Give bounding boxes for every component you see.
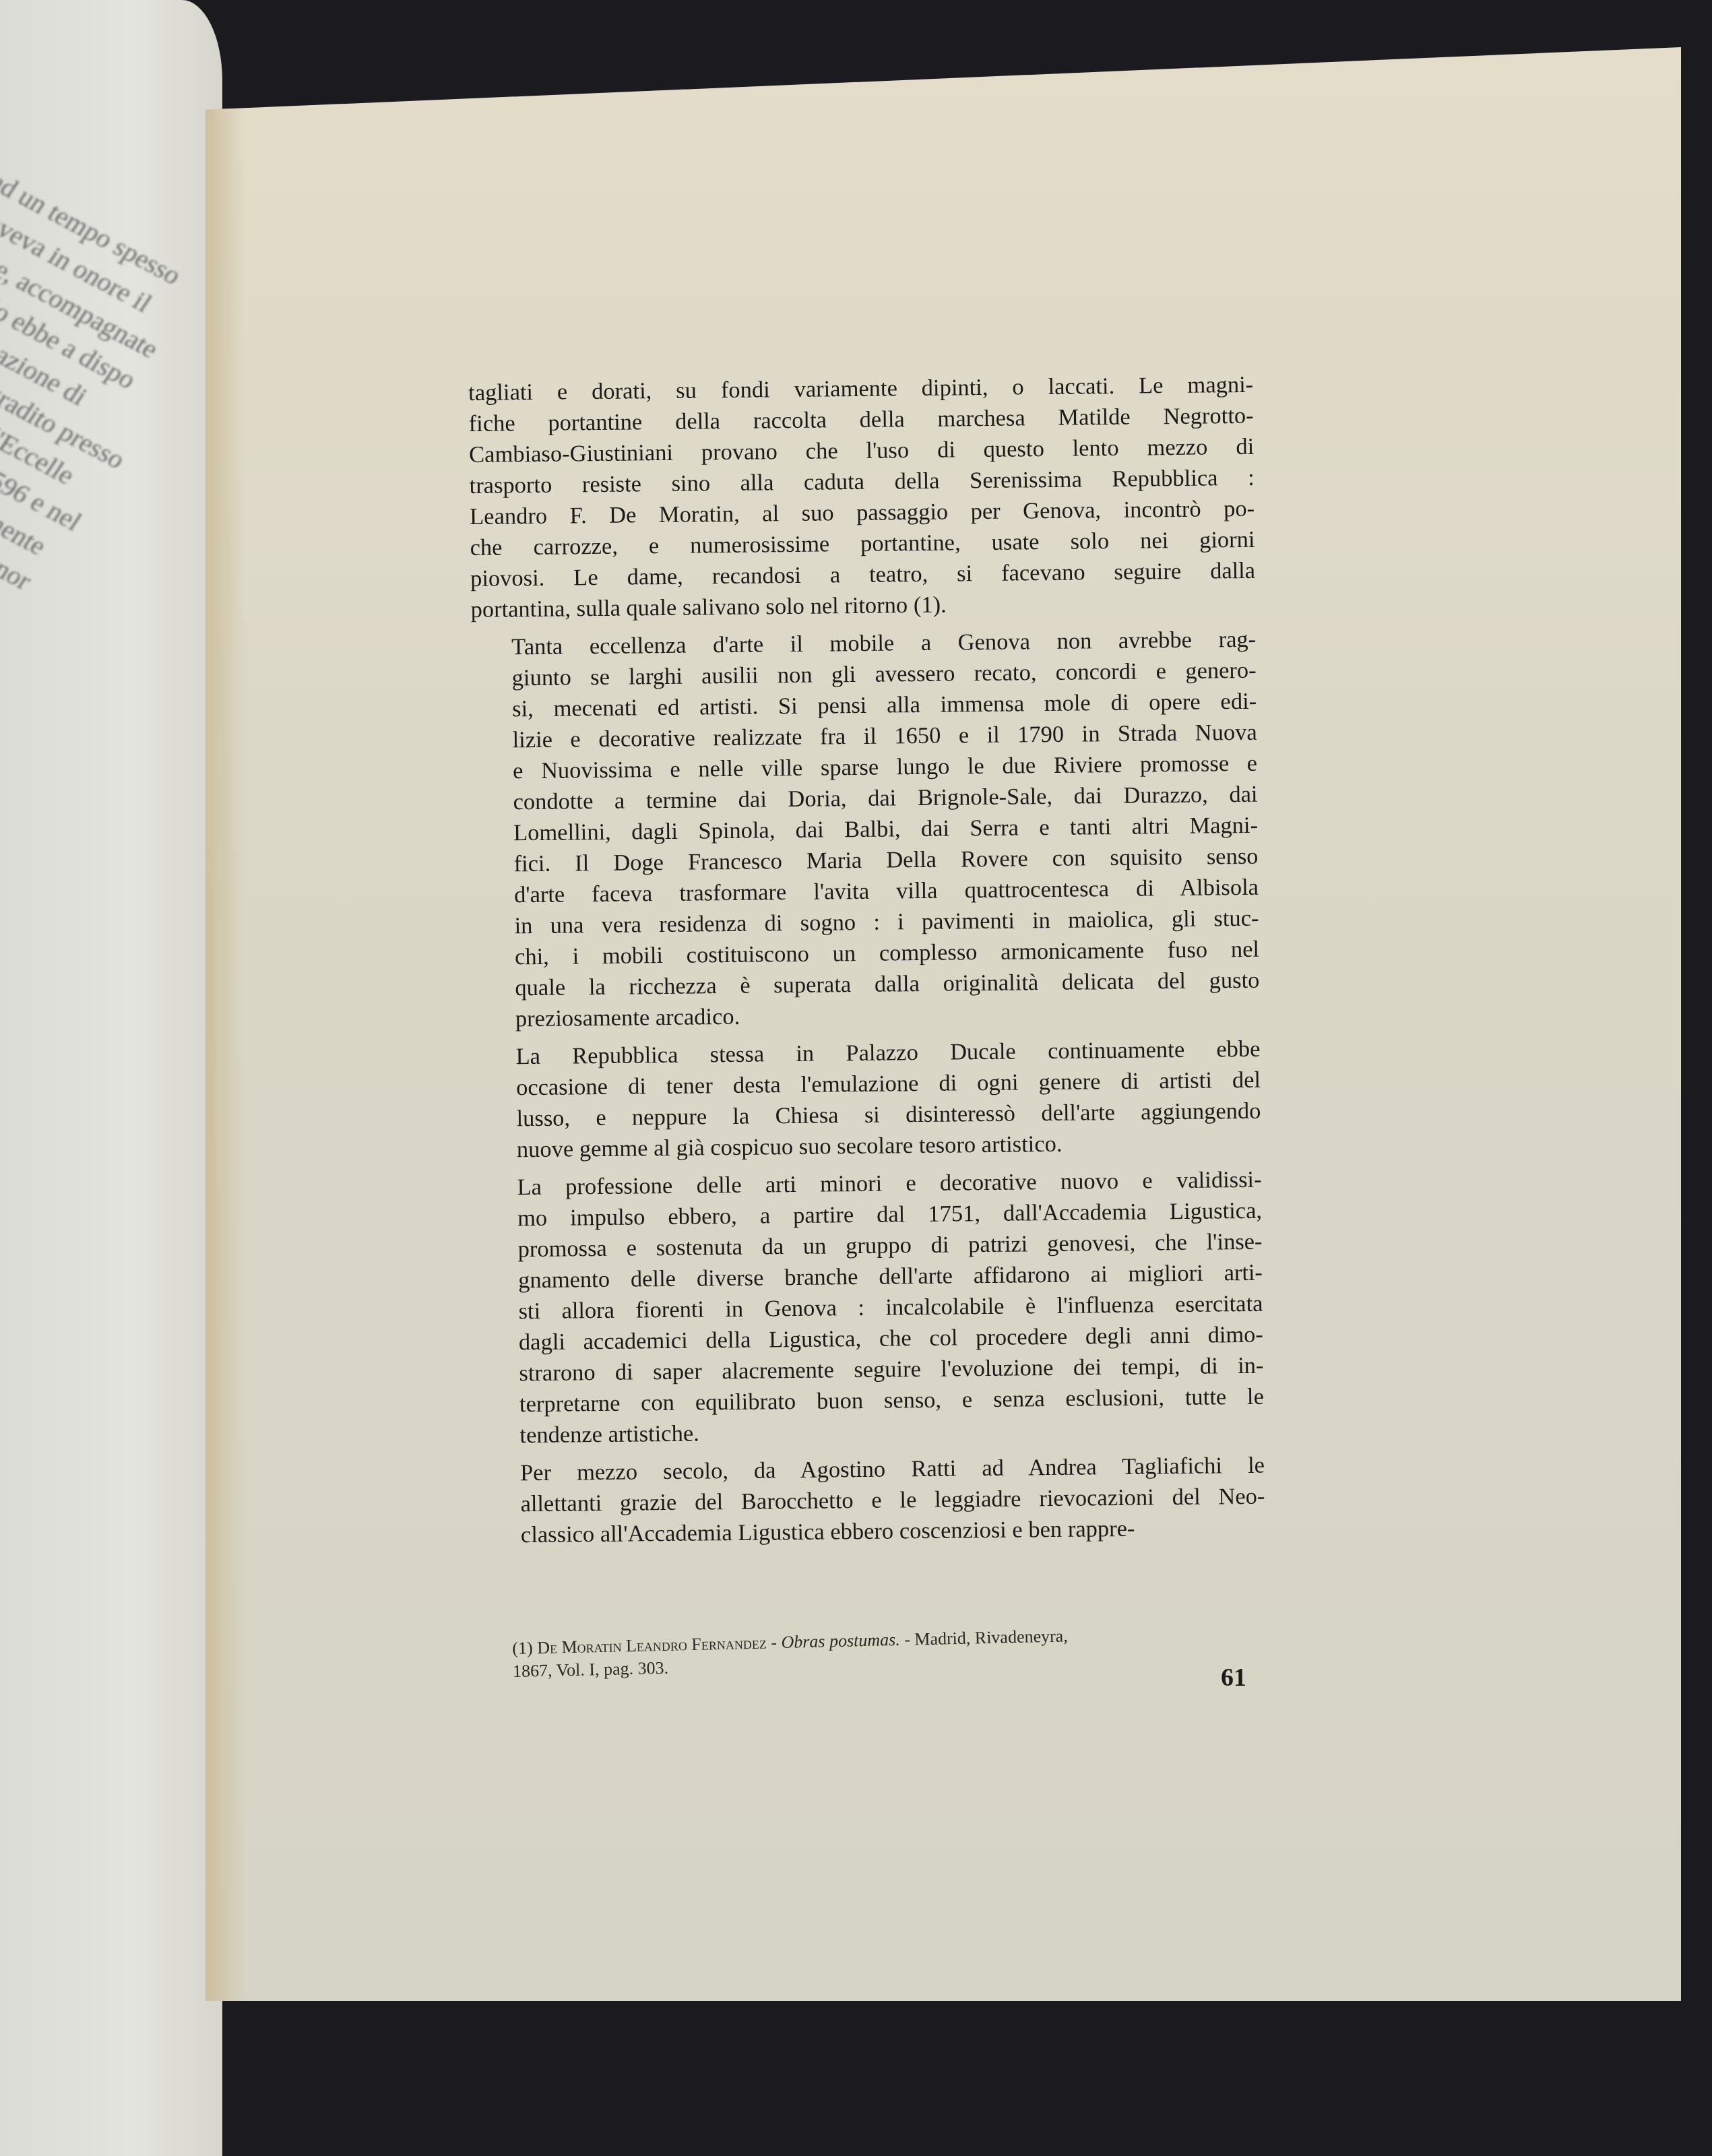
- paragraph: Tanta eccellenza d'arte il mobile a Geno…: [471, 624, 1260, 1035]
- paragraph: La Repubblica stessa in Palazzo Ducale c…: [475, 1034, 1261, 1166]
- footnote-author: De Moratin Leandro Fernandez: [537, 1632, 767, 1657]
- footnote-marker: (1): [512, 1638, 533, 1658]
- body-text: tagliati e dorati, su fondi variamente d…: [468, 369, 1265, 1558]
- footnote-publisher: - Madrid, Rivadeneyra,: [899, 1626, 1068, 1649]
- left-page-text: e ad un tempo spessochi aveva in onore i…: [0, 155, 222, 1544]
- page-number: 61: [1221, 1663, 1246, 1692]
- footnote-separator: -: [766, 1632, 781, 1652]
- paragraph: La professione delle arti minori e decor…: [476, 1164, 1264, 1451]
- footnote-title: Obras postumas.: [781, 1630, 900, 1652]
- left-page: e ad un tempo spessochi aveva in onore i…: [0, 0, 222, 2156]
- paragraph: tagliati e dorati, su fondi variamente d…: [468, 369, 1256, 625]
- paragraph: Per mezzo secolo, da Agostino Ratti ad A…: [480, 1450, 1265, 1551]
